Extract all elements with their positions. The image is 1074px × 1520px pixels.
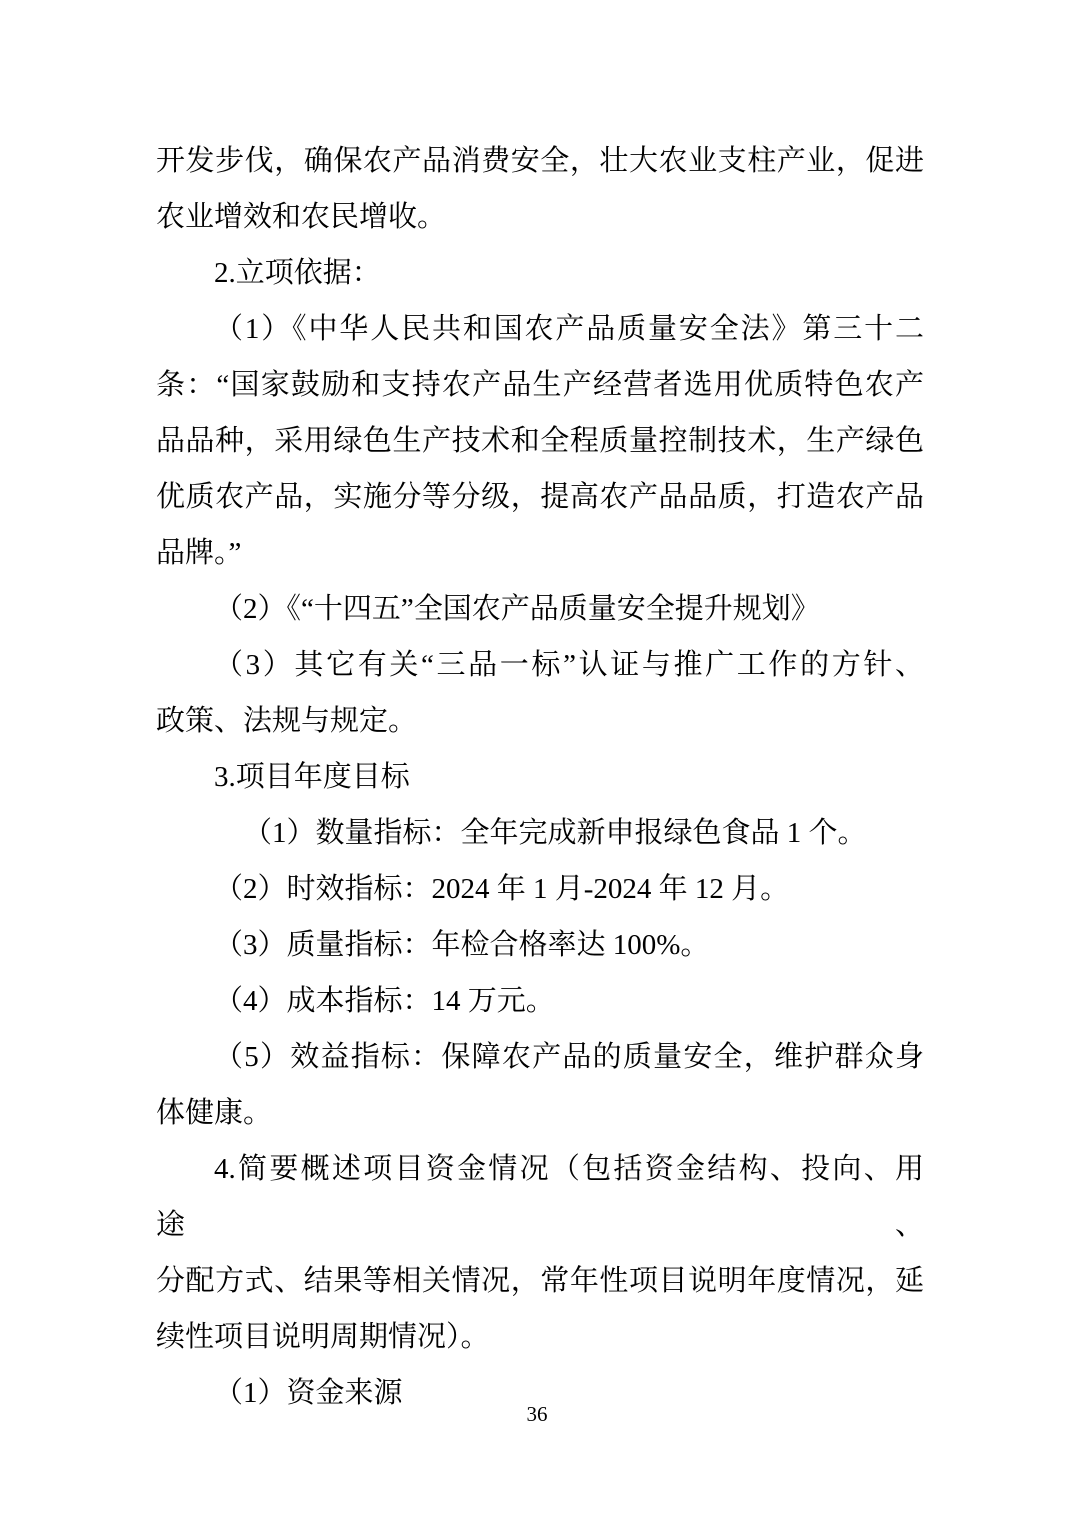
page-number: 36 (527, 1402, 548, 1426)
page-footer: 36 (0, 1399, 1074, 1429)
text-line: 品牌。” (156, 525, 924, 581)
text-line: （5）效益指标：保障农产品的质量安全，维护群众身 (156, 1029, 924, 1085)
text-line: 开发步伐，确保农产品消费安全，壮大农业支柱产业，促进 (156, 133, 924, 189)
text-line: 条：“国家鼓励和支持农产品生产经营者选用优质特色农产 (156, 357, 924, 413)
text-line: 3.项目年度目标 (156, 749, 924, 805)
text-line: （2）《“十四五”全国农产品质量安全提升规划》 (156, 581, 924, 637)
paragraph: 开发步伐，确保农产品消费安全，壮大农业支柱产业，促进农业增效和农民增收。 (156, 133, 924, 245)
text-line: 体健康。 (156, 1085, 924, 1141)
paragraph: （3）质量指标：年检合格率达 100%。 (156, 917, 924, 973)
paragraph: （4）成本指标：14 万元。 (156, 973, 924, 1029)
text-line: （2）时效指标：2024 年 1 月-2024 年 12 月。 (156, 861, 924, 917)
paragraph: 2.立项依据： (156, 245, 924, 301)
text-line: 农业增效和农民增收。 (156, 189, 924, 245)
text-line: 续性项目说明周期情况）。 (156, 1309, 924, 1365)
text-line: （3）质量指标：年检合格率达 100%。 (156, 917, 924, 973)
text-line: 优质农产品，实施分等分级，提高农产品品质，打造农产品 (156, 469, 924, 525)
paragraph: （1）数量指标：全年完成新申报绿色食品 1 个。 (156, 805, 924, 861)
text-line: 2.立项依据： (156, 245, 924, 301)
text-line: （1）《中华人民共和国农产品质量安全法》第三十二 (156, 301, 924, 357)
paragraph: （2）时效指标：2024 年 1 月-2024 年 12 月。 (156, 861, 924, 917)
text-line: 4.简要概述项目资金情况（包括资金结构、投向、用途、 (156, 1141, 924, 1253)
paragraph: （5）效益指标：保障农产品的质量安全，维护群众身体健康。 (156, 1029, 924, 1141)
text-line: （4）成本指标：14 万元。 (156, 973, 924, 1029)
text-line: 政策、法规与规定。 (156, 693, 924, 749)
document-page: 开发步伐，确保农产品消费安全，壮大农业支柱产业，促进农业增效和农民增收。2.立项… (0, 0, 1074, 1520)
document-body: 开发步伐，确保农产品消费安全，壮大农业支柱产业，促进农业增效和农民增收。2.立项… (156, 133, 924, 1421)
text-line: （3）其它有关“三品一标”认证与推广工作的方针、 (156, 637, 924, 693)
text-line: 品品种，采用绿色生产技术和全程质量控制技术，生产绿色 (156, 413, 924, 469)
paragraph: 3.项目年度目标 (156, 749, 924, 805)
paragraph: （2）《“十四五”全国农产品质量安全提升规划》 (156, 581, 924, 637)
text-line: （1）数量指标：全年完成新申报绿色食品 1 个。 (156, 805, 924, 861)
paragraph: （1）《中华人民共和国农产品质量安全法》第三十二条：“国家鼓励和支持农产品生产经… (156, 301, 924, 581)
text-line: 分配方式、结果等相关情况，常年性项目说明年度情况，延 (156, 1253, 924, 1309)
paragraph: 4.简要概述项目资金情况（包括资金结构、投向、用途、分配方式、结果等相关情况，常… (156, 1141, 924, 1365)
paragraph: （3）其它有关“三品一标”认证与推广工作的方针、政策、法规与规定。 (156, 637, 924, 749)
